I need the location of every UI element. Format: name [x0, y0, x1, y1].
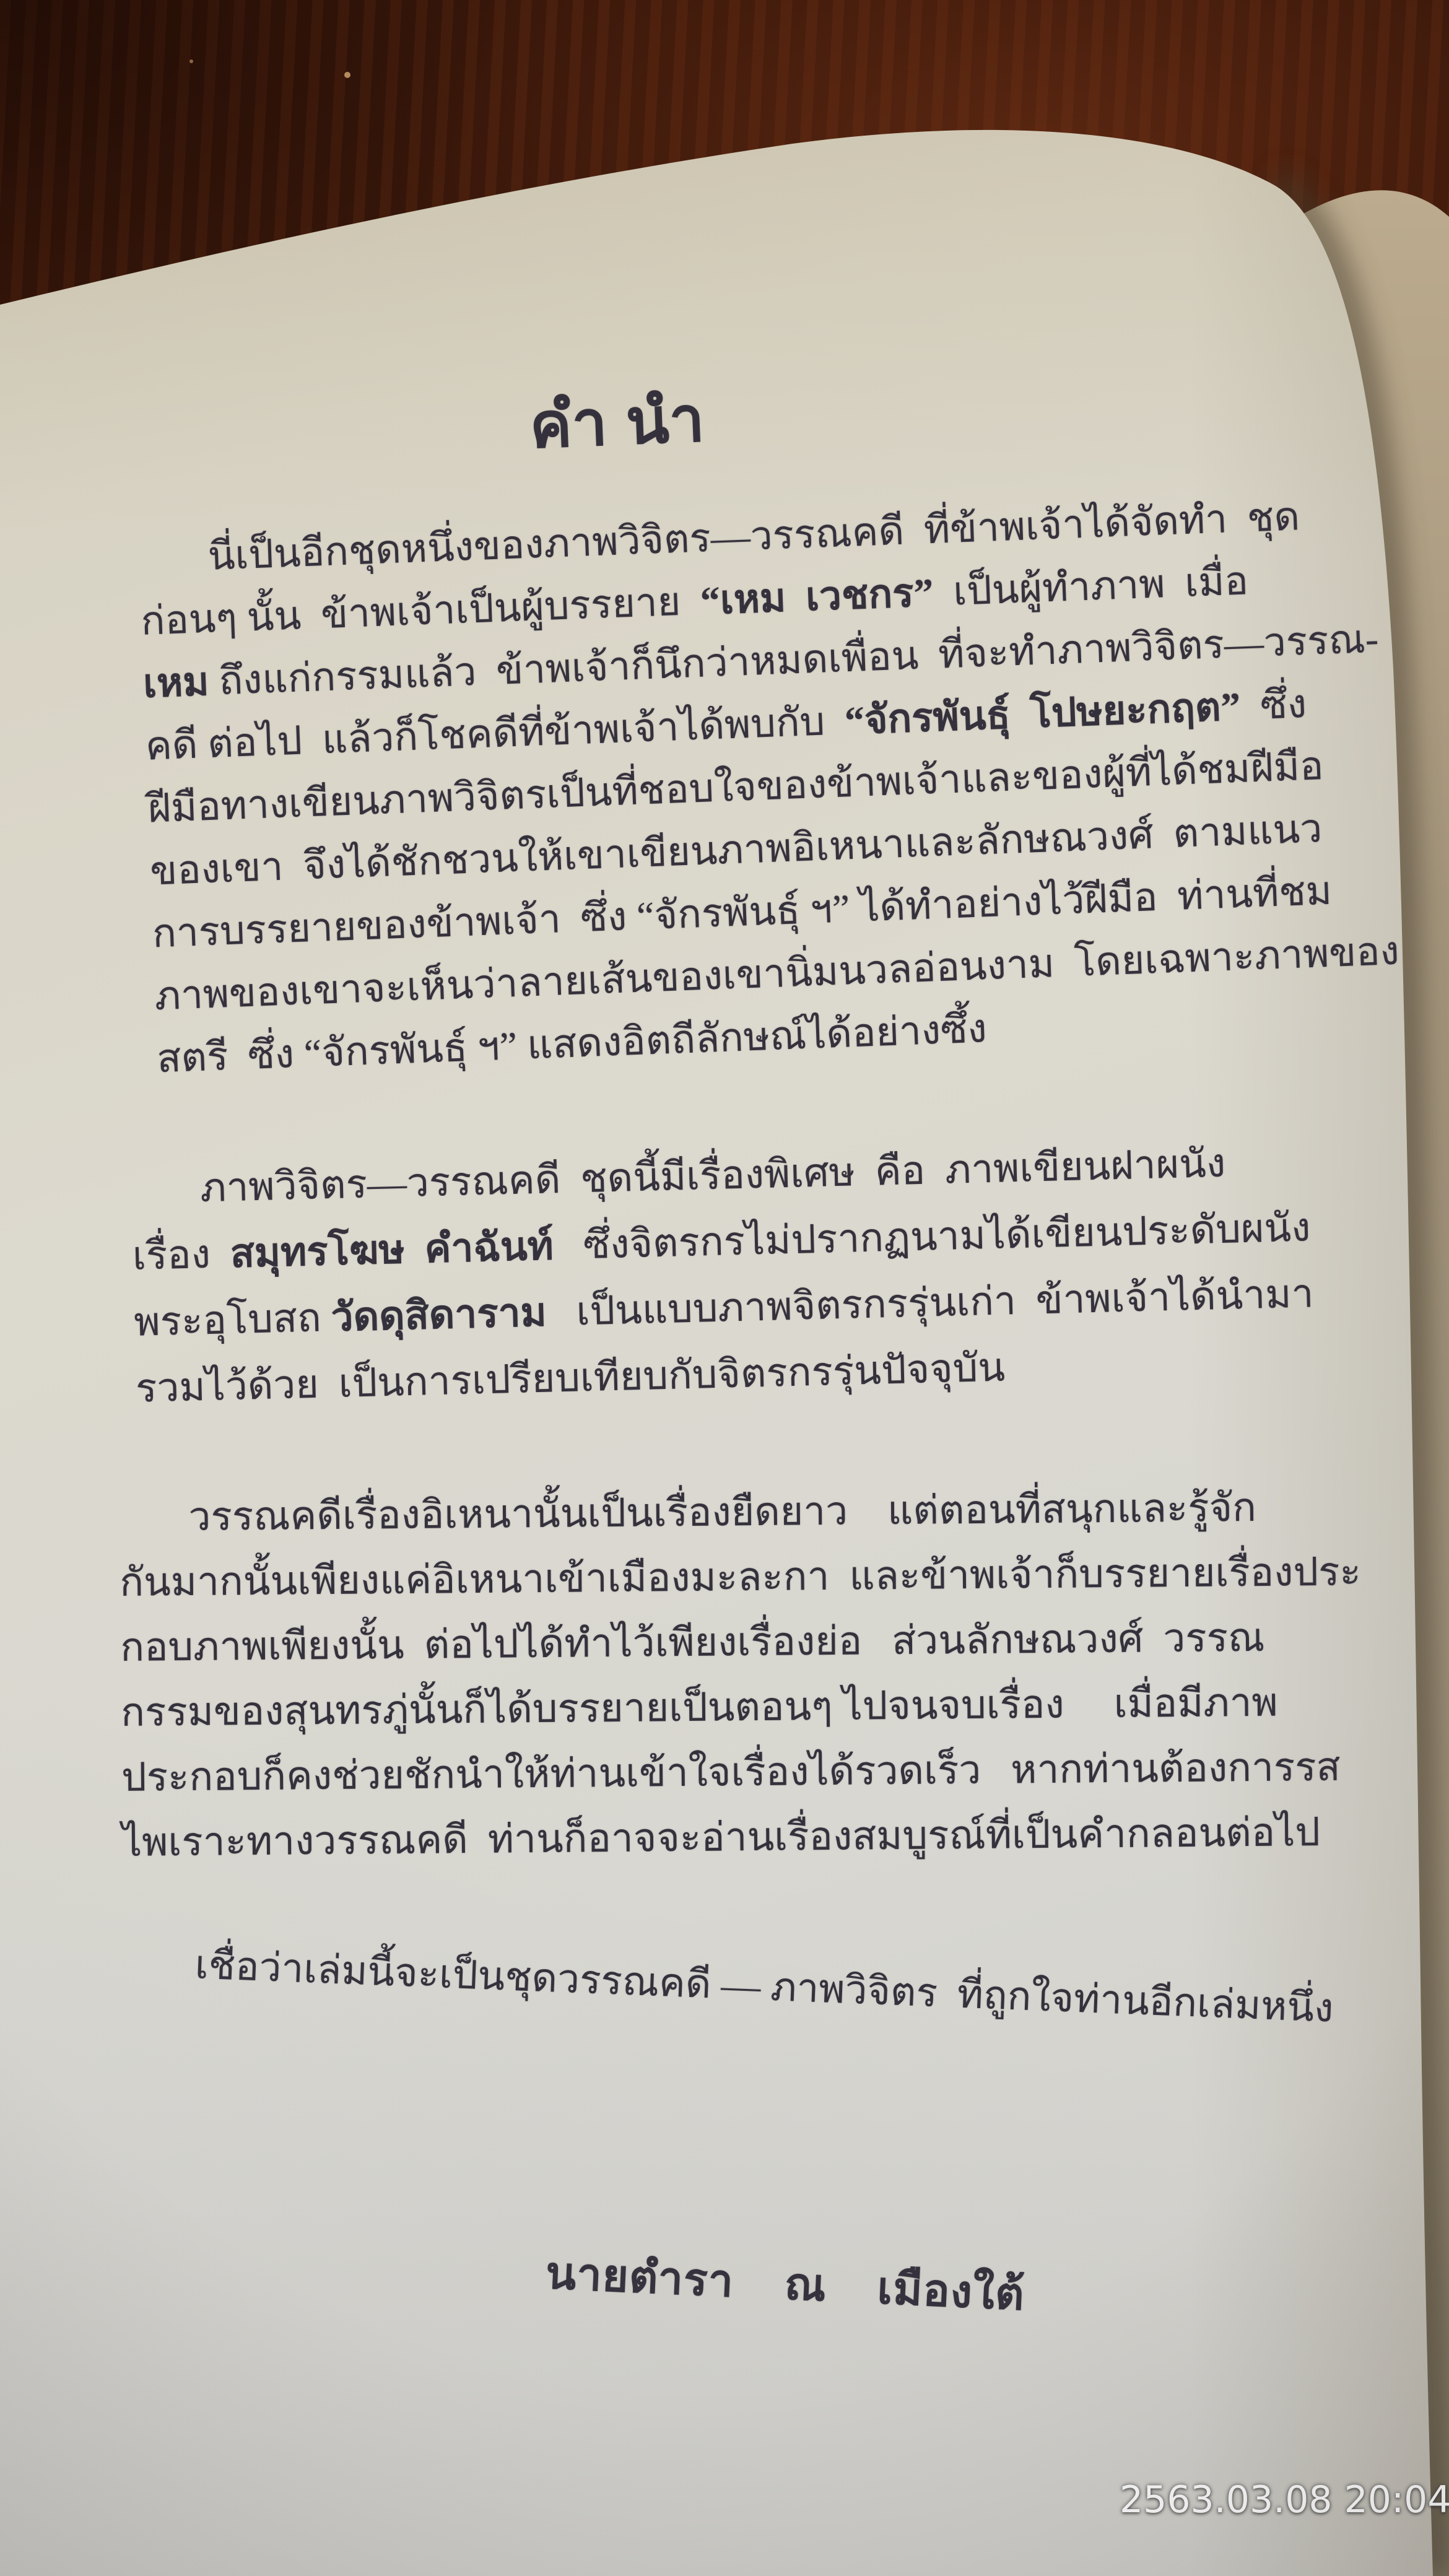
- text-run: กรรมของสุนทรภู่นั้นก็ได้บรรยายเป็นตอนๆ ไ…: [121, 1681, 1278, 1734]
- paragraph: วรรณคดีเรื่องอิเหนานั้นเป็นเรื่องยืดยาว …: [119, 1474, 1336, 1875]
- author-signature: นายตำรา ณ เมืองใต้: [544, 2237, 1027, 2330]
- emphasized-text-run: เหม: [142, 659, 210, 706]
- text-line: วรรณคดีเรื่องอิเหนานั้นเป็นเรื่องยืดยาว …: [119, 1474, 1333, 1550]
- paragraph: เชื่อว่าเล่มนี้จะเป็นชุดวรรณคดี — ภาพวิจ…: [124, 1930, 1340, 2041]
- text-run: รวมไว้ด้วย เป็นการเปรียบเทียบกับจิตรกรรุ…: [135, 1346, 1006, 1411]
- text-run: กอบภาพเพียงนั้น ต่อไปได้ทำไว้เพียงเรื่อง…: [120, 1616, 1265, 1669]
- emphasized-text-run: วัดดุสิดาราม: [331, 1290, 547, 1339]
- text-line: กอบภาพเพียงนั้น ต่อไปได้ทำไว้เพียงเรื่อง…: [120, 1604, 1334, 1680]
- text-run: ประกอบก็คงช่วยชักนำให้ท่านเข้าใจเรื่องได…: [121, 1745, 1341, 1799]
- text-run: เรื่อง: [132, 1232, 231, 1278]
- text-run: ซึ่ง: [1240, 682, 1307, 728]
- text-run: เป็นแบบภาพจิตรกรรุ่นเก่า ข้าพเจ้าได้นำมา: [546, 1271, 1314, 1334]
- text-line: กันมากนั้นเพียงแค่อิเหนาเข้าเมืองมะละกา …: [120, 1539, 1334, 1615]
- text-run: กันมากนั้นเพียงแค่อิเหนาเข้าเมืองมะละกา …: [120, 1550, 1361, 1604]
- emphasized-text-run: “จักรพันธุ์ โปษยะกฤต”: [844, 684, 1242, 742]
- text-run: ซึ่งจิตรกรไม่ปรากฏนามได้เขียนประดับผนัง: [553, 1205, 1311, 1268]
- camera-timestamp: 2563.03.08 20:04: [1120, 2478, 1449, 2522]
- emphasized-text-run: “เหม เวชกร”: [700, 570, 934, 623]
- text-line: เชื่อว่าเล่มนี้จะเป็นชุดวรรณคดี — ภาพวิจ…: [124, 1930, 1340, 2041]
- text-run: พระอุโบสถ: [134, 1295, 332, 1344]
- text-run: วรรณคดีเรื่องอิเหนานั้นเป็นเรื่องยืดยาว …: [188, 1486, 1256, 1539]
- paragraph: นี่เป็นอีกชุดหนึ่งของภาพวิจิตร—วรรณคดี ท…: [137, 483, 1371, 1090]
- paragraph: ภาพวิจิตร—วรรณคดี ชุดนี้มีเรื่องพิเศษ คื…: [130, 1127, 1350, 1422]
- emphasized-text-run: สมุทรโฆษ คำฉันท์: [230, 1224, 554, 1276]
- text-line: ประกอบก็คงช่วยชักนำให้ท่านเข้าใจเรื่องได…: [121, 1734, 1336, 1810]
- text-run: ไพเราะทางวรรณคดี ท่านก็อาจจะอ่านเรื่องสม…: [122, 1810, 1321, 1865]
- text-run: ก่อนๆ นั้น ข้าพเจ้าเป็นผู้บรรยาย: [140, 579, 701, 643]
- text-run: เป็นผู้ทำภาพ เมื่อ: [933, 559, 1249, 614]
- page-content: คำนำ นี่เป็นอีกชุดหนึ่งของภาพวิจิตร—วรรณ…: [0, 0, 1449, 2576]
- page-title: คำนำ: [528, 367, 725, 475]
- text-run: เชื่อว่าเล่มนี้จะเป็นชุดวรรณคดี — ภาพวิจ…: [194, 1943, 1334, 2030]
- text-line: ไพเราะทางวรรณคดี ท่านก็อาจจะอ่านเรื่องสม…: [122, 1799, 1336, 1875]
- text-line: กรรมของสุนทรภู่นั้นก็ได้บรรยายเป็นตอนๆ ไ…: [121, 1669, 1335, 1745]
